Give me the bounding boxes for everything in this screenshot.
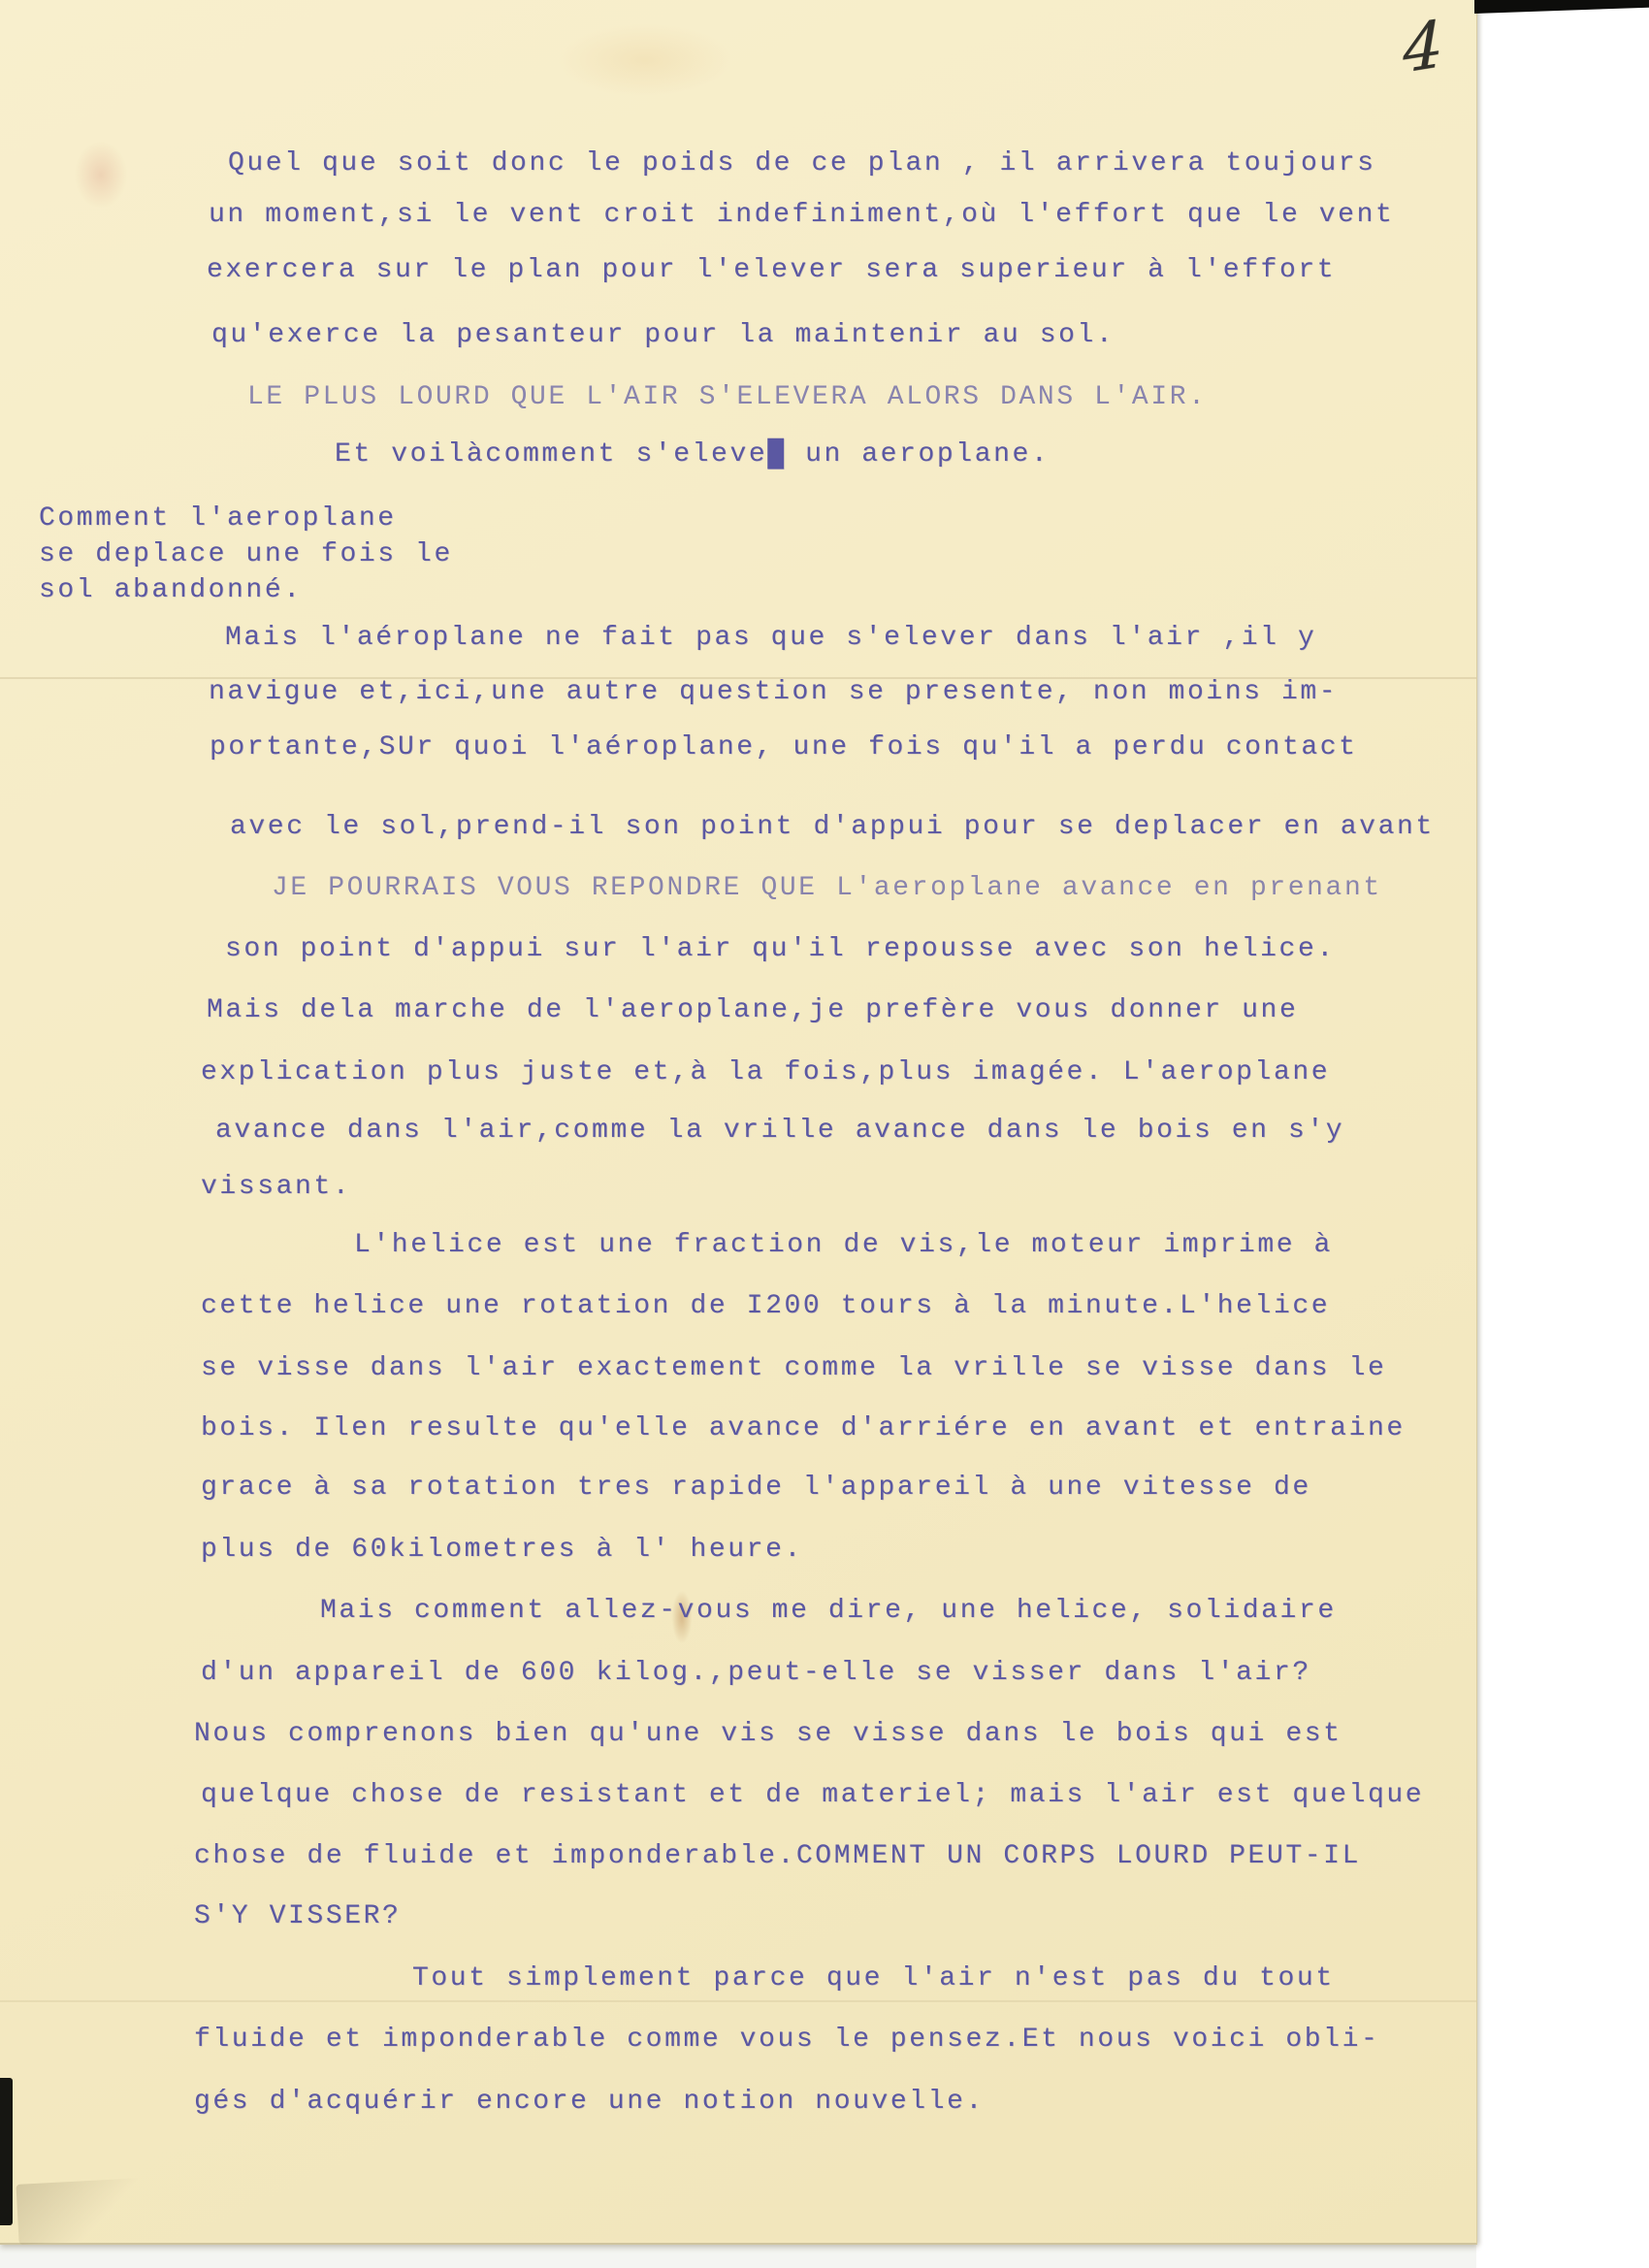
scanner-background bbox=[1476, 0, 1649, 2268]
typed-line: son point d'appui sur l'air qu'il repous… bbox=[225, 933, 1336, 966]
typed-line: avance dans l'air,comme la vrille avance… bbox=[215, 1115, 1344, 1148]
typed-line: plus de 60kilometres à l' heure. bbox=[201, 1534, 803, 1567]
typed-line: Mais dela marche de l'aeroplane,je prefè… bbox=[207, 994, 1298, 1027]
typed-line: S'Y VISSER? bbox=[194, 1900, 401, 1933]
paper-stain bbox=[64, 128, 138, 221]
typed-line: fluide et imponderable comme vous le pen… bbox=[194, 2024, 1379, 2057]
typed-line: sol abandonné. bbox=[39, 574, 303, 607]
typed-line: cette helice une rotation de I200 tours … bbox=[201, 1290, 1330, 1323]
typed-line: JE POURRAIS VOUS REPONDRE QUE L'aeroplan… bbox=[272, 872, 1382, 905]
typed-line: grace à sa rotation tres rapide l'appare… bbox=[201, 1472, 1311, 1505]
typed-line: Tout simplement parce que l'air n'est pa… bbox=[412, 1962, 1335, 1995]
typed-line: exercera sur le plan pour l'elever sera … bbox=[207, 254, 1336, 287]
paper-stain bbox=[529, 12, 761, 109]
typed-line: Mais l'aéroplane ne fait pas que s'eleve… bbox=[225, 622, 1316, 655]
typed-line: Nous comprenons bien qu'une vis se visse… bbox=[194, 1718, 1342, 1751]
typed-line: navigue et,ici,une autre question se pre… bbox=[209, 676, 1338, 709]
typed-line: se deplace une fois le bbox=[39, 538, 453, 571]
typed-line: qu'exerce la pesanteur pour la maintenir… bbox=[211, 319, 1115, 352]
typed-line: se visse dans l'air exactement comme la … bbox=[201, 1352, 1386, 1385]
scan-edge-artifact-left bbox=[0, 2078, 13, 2225]
scanned-document-page: 4 Quel que soit donc le poids de ce plan… bbox=[0, 0, 1649, 2268]
typed-line: bois. Ilen resulte qu'elle avance d'arri… bbox=[201, 1412, 1406, 1445]
handwritten-page-number: 4 bbox=[1403, 6, 1444, 87]
paper-crease bbox=[0, 2000, 1476, 2002]
typed-line: Et voilàcomment s'eleve█ un aeroplane. bbox=[335, 438, 1050, 471]
typed-line: un moment,si le vent croit indefiniment,… bbox=[209, 199, 1394, 232]
typed-line: explication plus juste et,à la fois,plus… bbox=[201, 1056, 1330, 1089]
typed-line: vissant. bbox=[201, 1171, 351, 1204]
paper-sheet: 4 Quel que soit donc le poids de ce plan… bbox=[0, 0, 1477, 2245]
typed-line: quelque chose de resistant et de materie… bbox=[201, 1779, 1424, 1812]
typed-line: Quel que soit donc le poids de ce plan ,… bbox=[228, 147, 1376, 180]
typed-line: portante,SUr quoi l'aéroplane, une fois … bbox=[210, 731, 1358, 764]
typed-line: gés d'acquérir encore une notion nouvell… bbox=[194, 2086, 985, 2119]
typed-line: chose de fluide et imponderable.COMMENT … bbox=[194, 1840, 1361, 1873]
corner-fold-shadow bbox=[16, 2177, 164, 2245]
typed-line: LE PLUS LOURD QUE L'AIR S'ELEVERA ALORS … bbox=[247, 381, 1208, 414]
typed-line: d'un appareil de 600 kilog.,peut-elle se… bbox=[201, 1657, 1311, 1690]
typed-line: L'helice est une fraction de vis,le mote… bbox=[354, 1229, 1333, 1262]
typed-line: Mais comment allez-vous me dire, une hel… bbox=[320, 1595, 1337, 1628]
typed-line: Comment l'aeroplane bbox=[39, 502, 397, 535]
typed-line: avec le sol,prend-il son point d'appui p… bbox=[230, 811, 1435, 844]
